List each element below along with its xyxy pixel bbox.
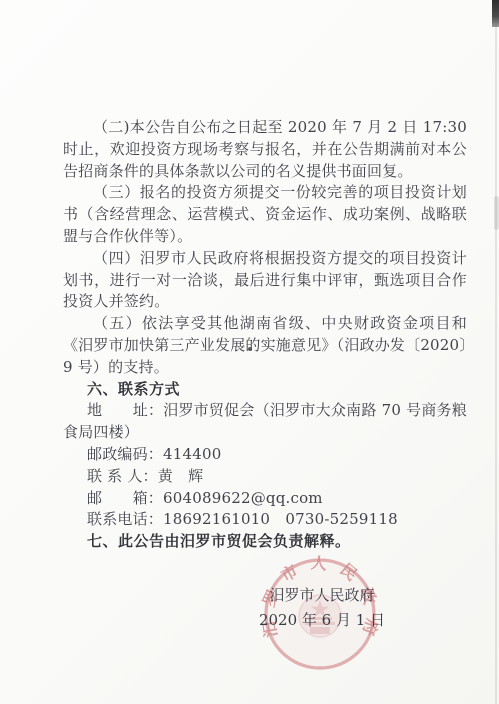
- signature-issuer: 汨罗市人民政府: [252, 583, 392, 608]
- scan-artifact-edge-line: [495, 24, 497, 704]
- scan-artifact-smudge: [494, 196, 499, 230]
- document-body: （二)本公告自公布之日起至 2020 年 7 月 2 日 17:30 时止，欢迎…: [63, 117, 467, 553]
- paragraph-item-3: （三）报名的投资方须提交一份较完善的项目投资计划书（含经营理念、运营模式、资金运…: [63, 182, 467, 247]
- contact-address-line: 地 址：汨罗市贸促会（汨罗市大众南路 70 号商务粮食局四楼）: [63, 400, 467, 444]
- paragraph-item-2: （二)本公告自公布之日起至 2020 年 7 月 2 日 17:30 时止，欢迎…: [63, 117, 467, 182]
- scan-artifact-corner: [492, 0, 499, 27]
- scan-artifact-ink-dot: [248, 347, 252, 351]
- signature-block: 汨罗市人民政府 2020 年 6 月 1 日: [252, 583, 392, 633]
- section-heading-interpretation: 七、此公告由汨罗市贸促会负责解释。: [63, 531, 467, 553]
- scanned-document-page: （二)本公告自公布之日起至 2020 年 7 月 2 日 17:30 时止，欢迎…: [0, 0, 499, 704]
- contact-postcode-line: 邮政编码：414400: [63, 444, 467, 466]
- paragraph-item-4: （四）汨罗市人民政府将根据投资方提交的项目投资计划书，进行一对一洽谈，最后进行集…: [63, 248, 467, 313]
- signature-date: 2020 年 6 月 1 日: [252, 608, 392, 633]
- contact-person-line: 联 系 人：黄 辉: [63, 466, 467, 488]
- contact-phone-line: 联系电话：18692161010 0730-5259118: [63, 509, 467, 531]
- paragraph-item-5: （五）依法享受其他湖南省级、中央财政资金项目和《汨罗市加快第三产业发展的实施意见…: [63, 313, 467, 378]
- section-heading-contact: 六、联系方式: [63, 379, 467, 401]
- contact-email-line: 邮 箱：604089622@qq.com: [63, 488, 467, 510]
